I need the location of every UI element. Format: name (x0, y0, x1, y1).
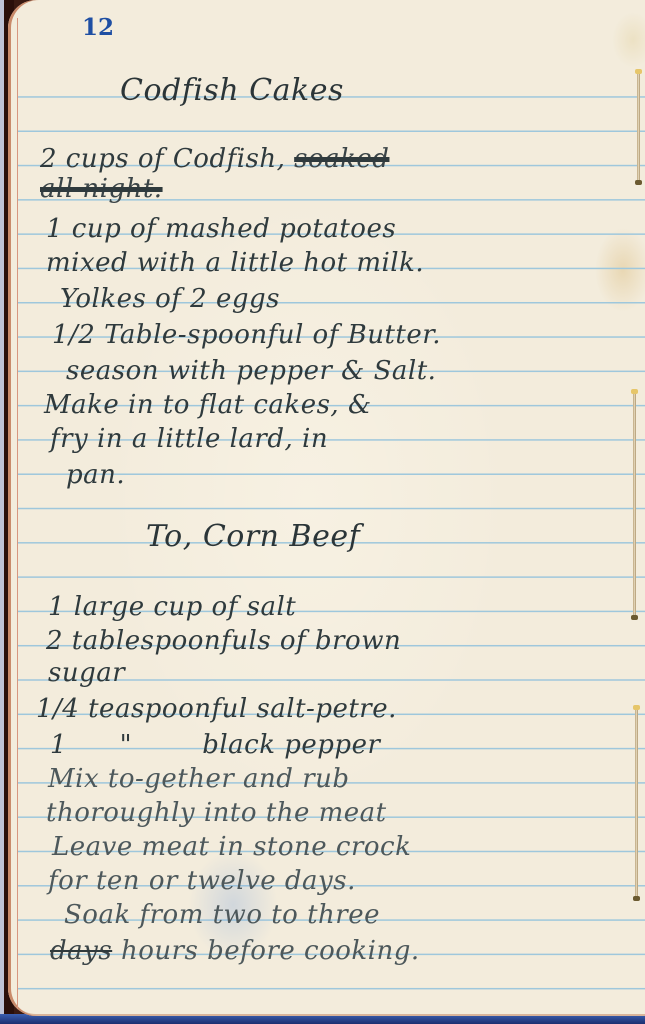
recipe-line: for ten or twelve days. (48, 864, 356, 898)
recipe-line: 1/2 Table-spoonful of Butter. (52, 318, 441, 352)
recipe-line: Yolkes of 2 eggs (60, 282, 280, 316)
recipe-line: 1/4 teaspoonful salt-petre. (36, 692, 397, 726)
recipe-line-text: 2 cups of Codfish, (40, 144, 294, 174)
recipe-line: Mix to-gether and rub (48, 762, 350, 796)
recipe-line: Leave meat in stone crock (52, 830, 411, 864)
recipe-line: fry in a little lard, in (50, 422, 328, 456)
recipe-line: sugar (48, 656, 125, 690)
struck-text: all night. (40, 174, 163, 204)
recipe-line: mixed with a little hot milk. (46, 246, 424, 280)
recipe-line-text: hours before cooking. (112, 936, 419, 966)
recipe-line: 1 large cup of salt (48, 590, 296, 624)
struck-text: soaked (294, 144, 389, 174)
recipe-line: 1 cup of mashed potatoes (46, 212, 396, 246)
binding-stitch (633, 392, 636, 617)
binding-stitch (637, 72, 640, 182)
recipe-line: Soak from two to three (64, 898, 380, 932)
recipe-line: all night. (40, 172, 163, 206)
recipe-line: thoroughly into the meat (46, 796, 387, 830)
recipe-line: days hours before cooking. (50, 934, 420, 968)
recipe-line: 2 cups of Codfish, soaked (40, 142, 389, 176)
recipe-line: Make in to flat cakes, & (44, 388, 372, 422)
recipe-line: pan. (66, 458, 125, 492)
recipe-line: 2 tablespoonfuls of brown (46, 624, 401, 658)
recipe-line: 1 " black pepper (50, 728, 380, 762)
struck-text: days (50, 936, 112, 966)
binding-stitch (635, 708, 638, 898)
recipe-title-codfish-cakes: Codfish Cakes (120, 74, 344, 108)
recipe-line: season with pepper & Salt. (66, 354, 436, 388)
page-number: 12 (82, 14, 114, 41)
notebook-page: 12 Codfish Cakes 2 cups of Codfish, soak… (8, 0, 645, 1016)
recipe-title-corn-beef: To, Corn Beef (146, 520, 360, 554)
margin-line (17, 18, 18, 1016)
